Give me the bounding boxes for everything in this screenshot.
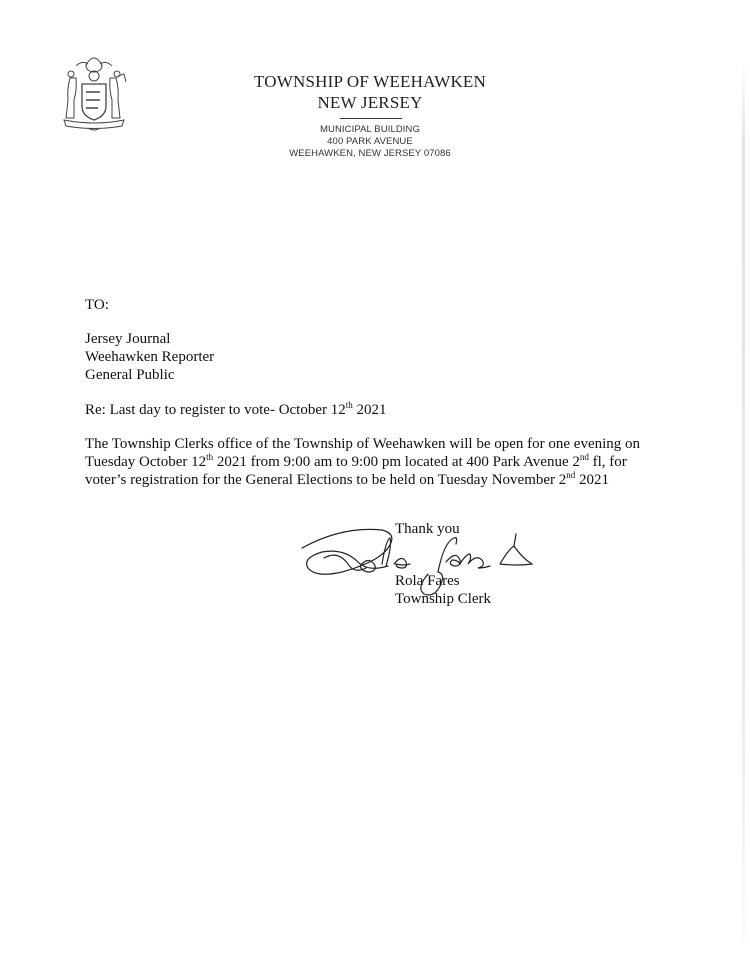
state-title: NEW JERSEY	[200, 93, 540, 113]
state-seal-icon	[58, 52, 130, 134]
scan-edge-artifact	[742, 60, 745, 940]
recipient-3: General Public	[85, 366, 175, 384]
recipient-1: Jersey Journal	[85, 330, 170, 348]
signer-name: Rola Fares	[395, 573, 460, 590]
to-label: TO:	[85, 296, 109, 314]
body-2a: Tuesday October 12	[85, 454, 206, 470]
address-building: MUNICIPAL BUILDING	[200, 124, 540, 135]
recipient-2: Weehawken Reporter	[85, 348, 214, 366]
re-line: Re: Last day to register to vote- Octobe…	[85, 401, 387, 419]
body-2b: 2021 from 9:00 am to 9:00 pm located at …	[213, 454, 580, 470]
re-sup: th	[346, 400, 353, 410]
body-line-1: The Township Clerks office of the Townsh…	[85, 435, 640, 453]
closing-text: Thank you	[395, 521, 460, 538]
signer-title: Township Clerk	[395, 591, 491, 608]
address-city: WEEHAWKEN, NEW JERSEY 07086	[200, 148, 540, 159]
body-line-2: Tuesday October 12th 2021 from 9:00 am t…	[85, 453, 627, 471]
body-line-3: voter’s registration for the General Ele…	[85, 471, 609, 489]
address-street: 400 PARK AVENUE	[200, 136, 540, 147]
re-year: 2021	[353, 402, 387, 418]
body-3-sup: nd	[566, 470, 575, 480]
body-2c: fl, for	[589, 454, 627, 470]
re-text: Re: Last day to register to vote- Octobe…	[85, 402, 346, 418]
township-title: TOWNSHIP OF WEEHAWKEN	[200, 72, 540, 92]
body-2-sup2: nd	[580, 452, 589, 462]
body-3a: voter’s registration for the General Ele…	[85, 472, 566, 488]
body-3b: 2021	[575, 472, 609, 488]
header-divider	[340, 118, 402, 119]
